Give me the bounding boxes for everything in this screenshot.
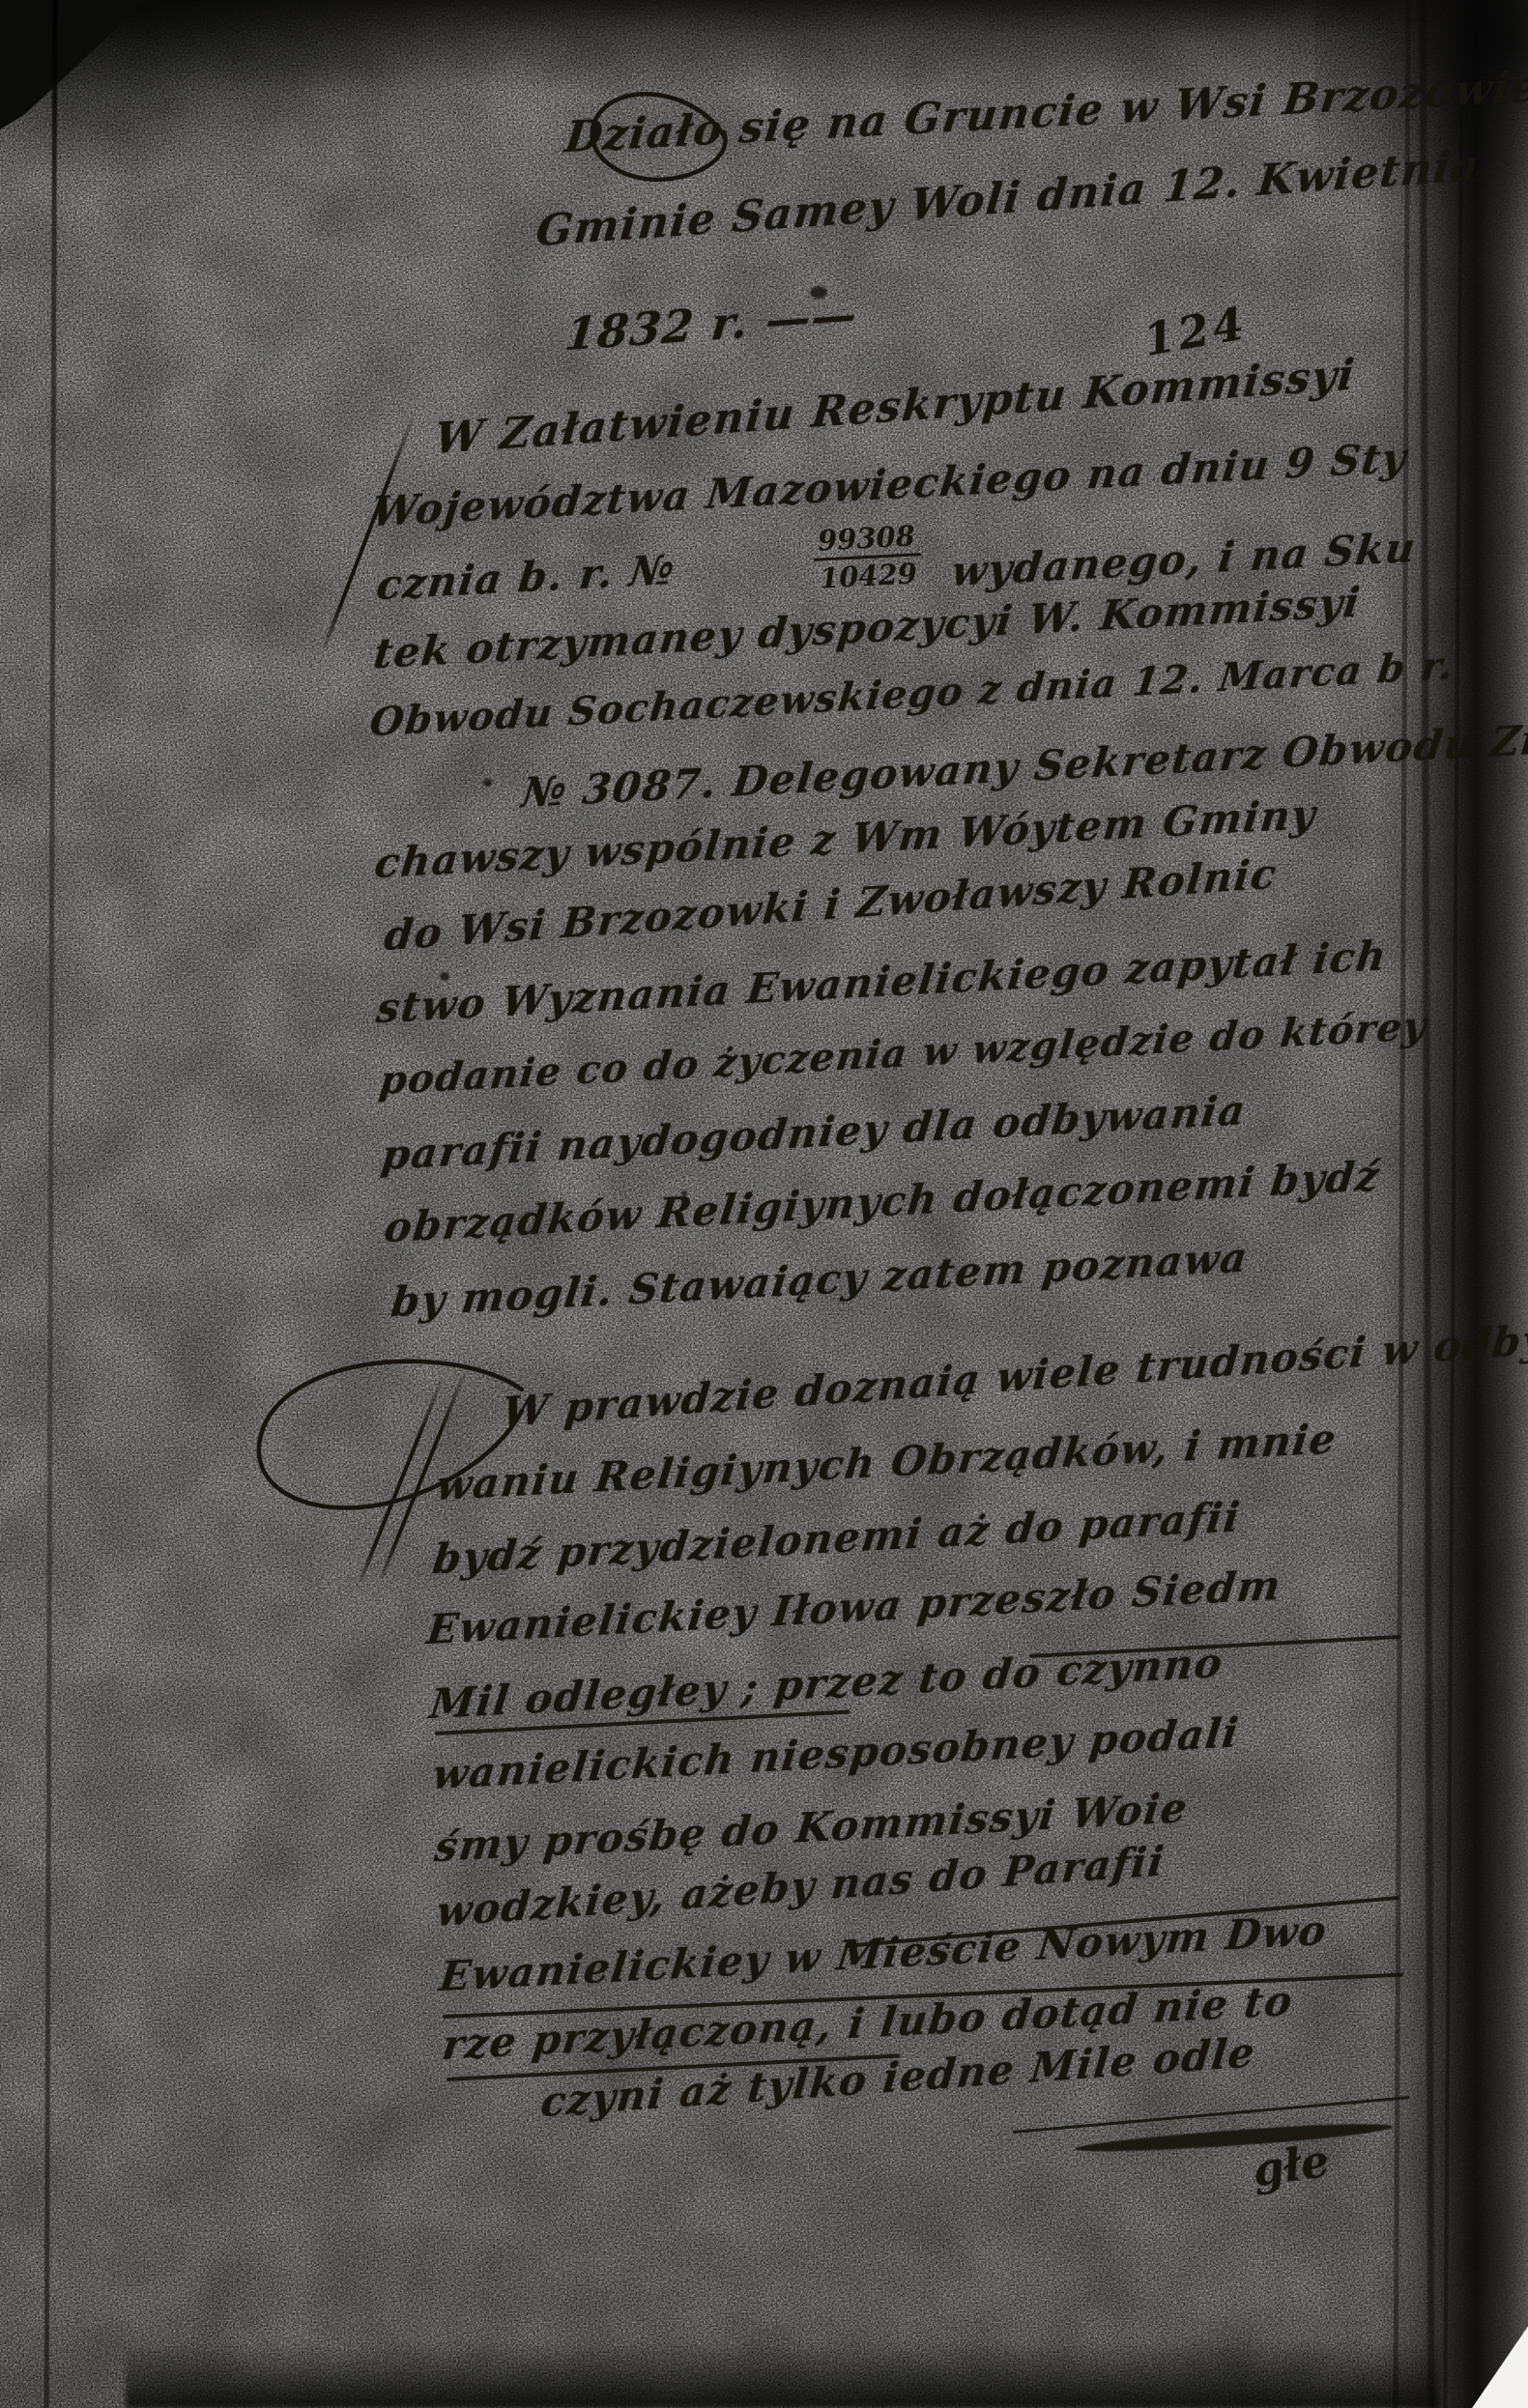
fraction-denominator: 10429 <box>814 556 923 595</box>
heavy-underline-stroke <box>1074 2119 1393 2157</box>
manuscript-line: by mogli. Stawaiący zatem poznawa <box>389 1234 1251 1326</box>
manuscript-line: cznia b. r. № <box>374 547 678 610</box>
fraction-numerator: 99308 <box>812 519 921 561</box>
manuscript-text: Działo się na Gruncie w Wsi BrzozowieGmi… <box>0 0 1528 2408</box>
manuscript-line: № 3087. Delegowany Sekretarz Obwodu Zie <box>519 715 1528 817</box>
catchword: głe <box>1250 2135 1333 2196</box>
reference-number-fraction: 99308 10429 <box>812 519 923 595</box>
scan-page: Działo się na Gruncie w Wsi BrzozowieGmi… <box>0 0 1528 2408</box>
manuscript-line: wanielickich niesposobney podali <box>430 1709 1242 1798</box>
manuscript-line: W prawdzie doznaią wiele trudności w odb… <box>500 1316 1528 1436</box>
manuscript-line: Gminie Samey Woli dnia 12. Kwietnia <box>533 141 1483 256</box>
manuscript-line: 1832 r. —— <box>562 289 860 361</box>
